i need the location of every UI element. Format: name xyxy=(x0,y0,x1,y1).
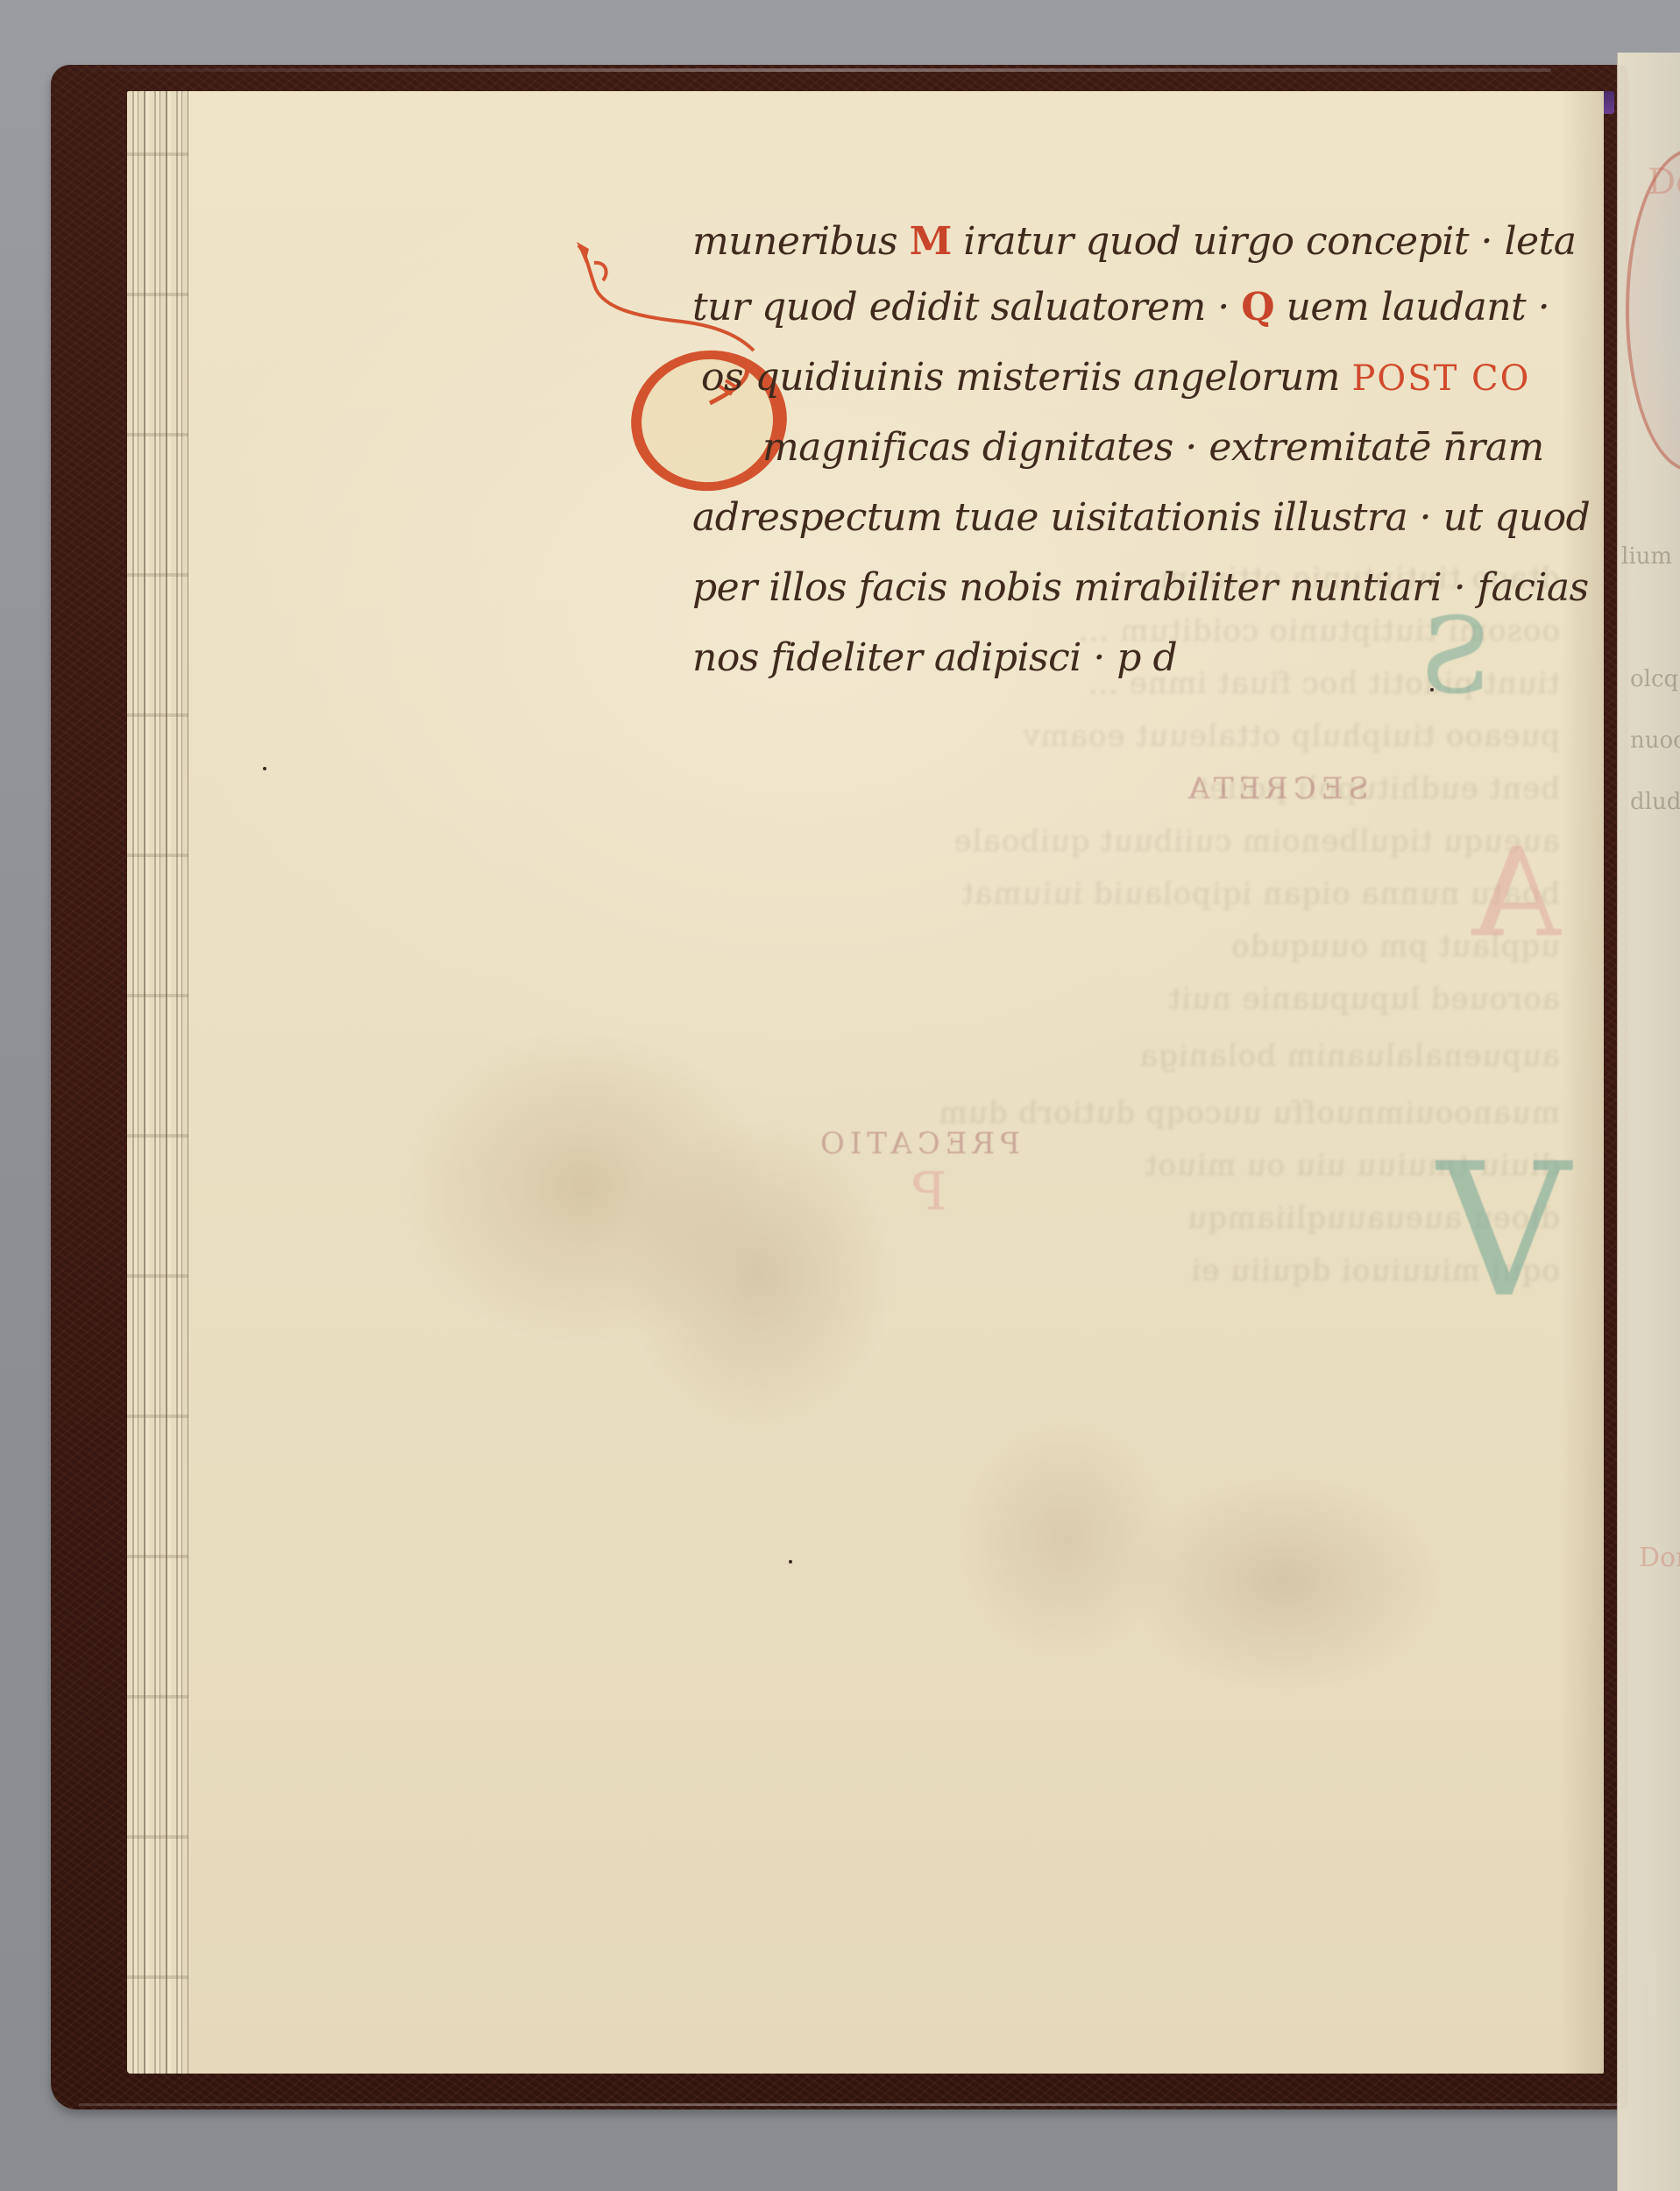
text-line-1: muneribus M iratur quod uirgo concepit ·… xyxy=(692,219,1577,264)
facing-page-fragment: dlude ... xyxy=(1630,789,1680,815)
facing-page-fragment: olcq ... xyxy=(1630,666,1680,692)
text-line-6: per illos facis nobis mirabiliter nuntia… xyxy=(692,565,1589,610)
binding-top-edge xyxy=(70,68,1551,72)
rubric-postcommunio: POST CO xyxy=(1352,358,1531,399)
showthrough-line: muanoouimnuoffu uucoqp dutiorb dum xyxy=(684,1095,1560,1131)
parchment-speck xyxy=(263,767,266,770)
text-line-5: adrespectum tuae uisitationis illustra ·… xyxy=(692,495,1590,540)
text-segment: iratur quod uirgo concepit · leta xyxy=(952,219,1577,264)
showthrough-initial-s: S xyxy=(1420,605,1492,710)
text-segment: muneribus xyxy=(692,219,910,264)
showthrough-initial-v: V xyxy=(1437,1139,1570,1323)
showthrough-line: pueaoo tiuiphulp ottaleuut eoamv xyxy=(684,719,1560,754)
text-segment: tur quod edidit saluatorem · xyxy=(692,285,1241,330)
rubric-initial-m: M xyxy=(910,219,952,264)
showthrough-initial-a: A xyxy=(1472,833,1561,955)
parchment-speck xyxy=(789,1560,792,1563)
text-segment: os quidiuinis misteriis angelorum xyxy=(701,355,1352,400)
showthrough-line: dioeu aueuauuqliiamqu xyxy=(684,1201,1560,1236)
text-segment: uem laudant · xyxy=(1274,285,1549,330)
facing-page-fragment: lium ... xyxy=(1621,543,1680,570)
showthrough-line: uqplaut pm ouuqudo xyxy=(684,929,1560,964)
showthrough-line: boatu nunna oiqan iqipolauid iuiumat xyxy=(684,876,1560,911)
text-line-7: nos fideliter adipisci · p d xyxy=(692,635,1177,680)
showthrough-initial-p: P xyxy=(911,1166,946,1218)
text-line-4: magnificas dignitates · extremitatē n̄ra… xyxy=(762,425,1544,470)
showthrough-line: bent eudhitupoli poliet xyxy=(684,771,1560,806)
showthrough-line: aupuenalaluanim bolaniga xyxy=(684,1039,1560,1074)
binding-bottom-edge xyxy=(79,2103,1621,2106)
showthrough-line: aueuqu tiqulbenoim cuiibuut quiboale xyxy=(684,824,1560,859)
rubric-initial-q: Q xyxy=(1241,285,1274,330)
showthrough-line: oqui miuuiuoi dquiiu ei xyxy=(684,1253,1560,1288)
facing-page-fragment: nuooqu ... xyxy=(1630,727,1680,754)
parchment-speck xyxy=(1430,688,1434,691)
showthrough-rubric-secreta: SECRETA xyxy=(1183,771,1369,806)
showthrough-rubric-precatio: PRECATIO xyxy=(815,1126,1020,1161)
text-line-2: tur quod edidit saluatorem · Q uem lauda… xyxy=(692,285,1549,330)
facing-page-fragment: Dom xyxy=(1648,162,1680,202)
facing-page-fragment: Dom ... xyxy=(1639,1542,1680,1573)
gutter-shadow xyxy=(1560,91,1604,2074)
showthrough-line: aoroued lupupuanie nuit xyxy=(684,982,1560,1017)
text-line-3: os quidiuinis misteriis angelorum POST C… xyxy=(701,355,1530,400)
